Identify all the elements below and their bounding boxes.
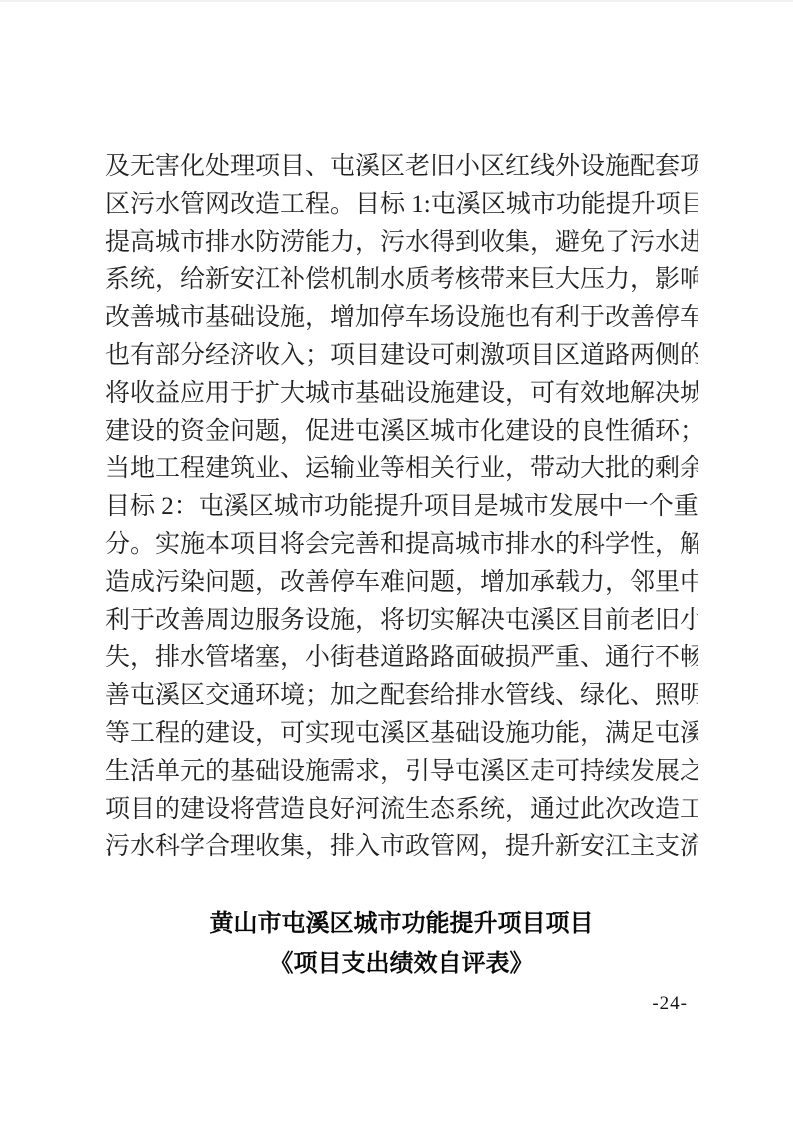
body-text-line: 等工程的建设，可实现屯溪区基础设施功能，满足屯溪区各生产和 xyxy=(105,715,698,753)
body-text-line: 区污水管网改造工程。目标 1:屯溪区城市功能提升项目的建设,将 xyxy=(105,186,698,224)
body-text-line: 将收益应用于扩大城市基础设施建设，可有效地解决城市基础设施 xyxy=(105,375,698,413)
body-text-line: 利于改善周边服务设施，将切实解决屯溪区目前老旧小区照明缺 xyxy=(105,602,698,640)
body-text-line: 建设的资金问题，促进屯溪区城市化建设的良性循环；将直接带动 xyxy=(105,413,698,451)
page-number: -24- xyxy=(652,993,688,1015)
body-text-line: 及无害化处理项目、屯溪区老旧小区红线外设施配套项目、黎阳片 xyxy=(105,148,698,186)
body-text-line: 当地工程建筑业、运输业等相关行业，带动大批的剩余劳力就业。 xyxy=(105,450,698,488)
body-text-line: 改善城市基础设施，增加停车场设施也有利于改善停车紧张问题， xyxy=(105,299,698,337)
body-text-line: 污水科学合理收集，排入市政管网，提升新安江主支流的生态环境。 xyxy=(105,828,698,866)
body-paragraph: 及无害化处理项目、屯溪区老旧小区红线外设施配套项目、黎阳片区污水管网改造工程。目… xyxy=(105,148,698,866)
document-page: 及无害化处理项目、屯溪区老旧小区红线外设施配套项目、黎阳片区污水管网改造工程。目… xyxy=(0,0,793,1122)
body-text-line: 生活单元的基础设施需求，引导屯溪区走可持续发展之路。此外， xyxy=(105,753,698,791)
body-text-line: 失，排水管堵塞，小街巷道路路面破损严重、通行不畅的局面，改 xyxy=(105,639,698,677)
body-text-line: 目标 2：屯溪区城市功能提升项目是城市发展中一个重要组成部 xyxy=(105,488,698,526)
body-text-line: 也有部分经济收入；项目建设可刺激项目区道路两侧的土地增值， xyxy=(105,337,698,375)
body-text-line: 项目的建设将营造良好河流生态系统，通过此次改造工程，可实现 xyxy=(105,791,698,829)
body-text-line: 善屯溪区交通环境；加之配套给排水管线、绿化、照明、交通设施 xyxy=(105,677,698,715)
document-title: 黄山市屯溪区城市功能提升项目项目 xyxy=(105,904,698,944)
body-text-line: 提高城市排水防涝能力，污水得到收集，避免了污水进入城市雨水 xyxy=(105,224,698,262)
body-text-line: 系统，给新安江补偿机制水质考核带来巨大压力，影响生态补偿； xyxy=(105,261,698,299)
document-subtitle: 《项目支出绩效自评表》 xyxy=(105,944,698,984)
heading-block: 黄山市屯溪区城市功能提升项目项目 《项目支出绩效自评表》 xyxy=(105,904,698,984)
body-text-line: 造成污染问题，改善停车难问题，增加承载力，邻里中心的建设有 xyxy=(105,564,698,602)
body-text-line: 分。实施本项目将会完善和提高城市排水的科学性，解决污水入河 xyxy=(105,526,698,564)
